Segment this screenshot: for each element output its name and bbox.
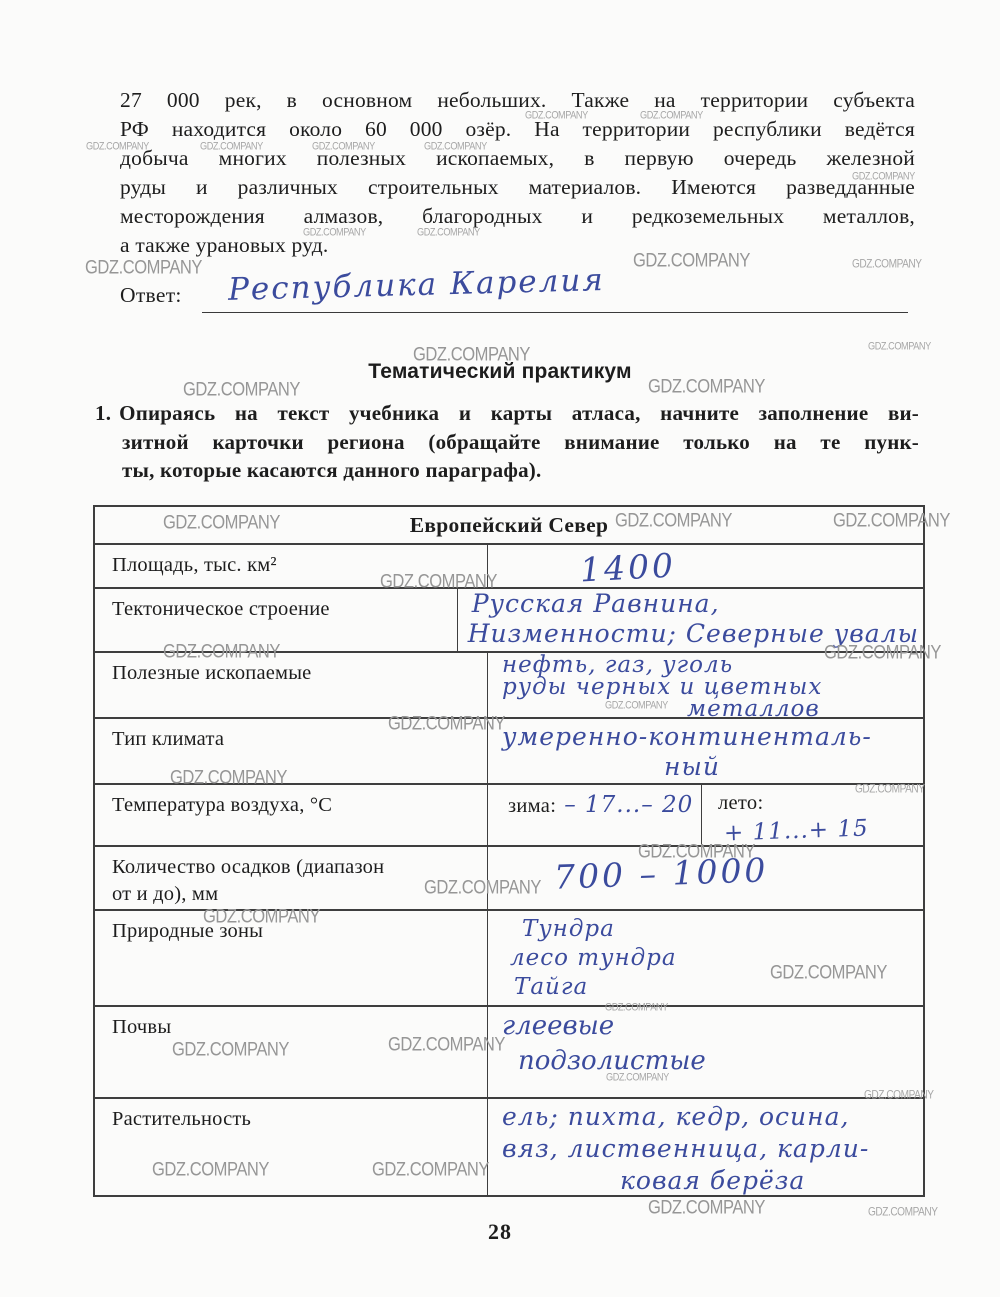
watermark: GDZ.COMPANY	[868, 1206, 938, 1219]
intro-line: 27 000 рек, в основном небольших. Также …	[120, 86, 915, 115]
watermark: GDZ.COMPANY	[648, 1196, 765, 1219]
handwritten-value: вяз, лиственница, карли-	[502, 1133, 919, 1165]
row-value-cell: Русская Равнина, Низменности; Северные у…	[458, 589, 923, 651]
table-row-soils: Почвы глеевые подзолистые	[95, 1005, 923, 1097]
handwritten-value: Тайга	[514, 973, 919, 1002]
row-value-cell: Тундра лесо тундра Тайга	[488, 911, 923, 1005]
handwritten-value: Тундра	[522, 915, 919, 944]
row-label: Полезные ископаемые	[95, 653, 488, 717]
handwritten-value: нефть, газ, уголь	[502, 654, 919, 676]
handwritten-value: глеевые	[502, 1009, 919, 1044]
summer-label: лето:	[718, 792, 763, 814]
answer-label: Ответ:	[120, 283, 182, 307]
handwritten-value: металлов	[687, 698, 919, 720]
row-label-line: от и до), мм	[112, 881, 475, 908]
table-row-temperature: Температура воздуха, °С зима:– 17...– 20…	[95, 783, 923, 845]
handwritten-value: 700 – 1000	[553, 850, 769, 896]
task-1: 1.Опираясь на текст учебника и карты атл…	[95, 399, 919, 485]
answer-handwritten-value: Республика Карелия	[228, 262, 606, 308]
winter-cell: зима:– 17...– 20	[488, 785, 702, 845]
handwritten-value: руды черных и цветных	[502, 676, 919, 698]
section-heading: Тематический практикум	[0, 360, 1000, 384]
answer-row: Ответ: Республика Карелия	[120, 283, 908, 317]
page-number: 28	[0, 1219, 1000, 1245]
intro-line: РФ находится около 60 000 озёр. На терри…	[120, 115, 915, 144]
intro-paragraph: 27 000 рек, в основном небольших. Также …	[120, 86, 915, 260]
watermark: GDZ.COMPANY	[868, 341, 931, 353]
task-line: зитной карточки региона (обращайте внима…	[122, 428, 919, 457]
row-label-line: Количество осадков (диапазон	[112, 854, 475, 881]
summer-cell: лето: + 11...+ 15	[702, 785, 923, 845]
table-row-minerals: Полезные ископаемые нефть, газ, уголь ру…	[95, 651, 923, 717]
intro-line: месторождения алмазов, благородных и ред…	[120, 202, 915, 231]
task-line: 1.Опираясь на текст учебника и карты атл…	[95, 399, 919, 428]
table-row-natural-zones: Природные зоны Тундра лесо тундра Тайга	[95, 909, 923, 1005]
row-label: Площадь, тыс. км²	[95, 545, 488, 587]
handwritten-value: ковая берёза	[620, 1165, 919, 1197]
answer-blank-line	[202, 312, 908, 313]
handwritten-value: лесо тундра	[510, 944, 919, 973]
table-row-tectonic: Тектоническое строение Русская Равнина, …	[95, 587, 923, 651]
table-row-climate: Тип климата умеренно-континенталь- ный	[95, 717, 923, 783]
row-value-cell: ель; пихта, кедр, осина, вяз, лиственниц…	[488, 1099, 923, 1195]
handwritten-value: – 17...– 20	[564, 792, 693, 818]
row-label: Природные зоны	[95, 911, 488, 1005]
handwritten-value: + 11...+ 15	[724, 814, 924, 847]
row-value-cell: умеренно-континенталь- ный	[488, 719, 923, 783]
row-value-cell: 700 – 1000	[488, 847, 923, 909]
row-label: Температура воздуха, °С	[95, 785, 488, 845]
workbook-page: GDZ.COMPANYGDZ.COMPANYGDZ.COMPANYGDZ.COM…	[0, 0, 1000, 1297]
handwritten-value: ный	[664, 752, 919, 782]
task-number: 1.	[95, 401, 111, 425]
region-card-table: Европейский Север Площадь, тыс. км² 1400…	[93, 505, 925, 1197]
handwritten-value: Русская Равнина,	[472, 589, 919, 619]
table-row-precipitation: Количество осадков (диапазон от и до), м…	[95, 845, 923, 909]
task-line: ты, которые касаются данного параграфа).	[122, 456, 919, 485]
table-row-area: Площадь, тыс. км² 1400	[95, 543, 923, 587]
row-value-cell: 1400	[488, 545, 923, 587]
row-label: Тип климата	[95, 719, 488, 783]
task-text: Опираясь на текст учебника и карты атлас…	[119, 401, 919, 425]
handwritten-value: подзолистые	[518, 1044, 919, 1079]
row-label: Тектоническое строение	[95, 589, 458, 651]
row-value-cell: нефть, газ, уголь руды черных и цветных …	[488, 653, 923, 717]
handwritten-value: ель; пихта, кедр, осина,	[502, 1101, 919, 1133]
row-label: Растительность	[95, 1099, 488, 1195]
row-value-cell: глеевые подзолистые	[488, 1007, 923, 1097]
row-label: Количество осадков (диапазон от и до), м…	[95, 847, 488, 909]
handwritten-value: 1400	[579, 546, 677, 590]
intro-line: а также урановых руд.	[120, 231, 915, 260]
handwritten-value: Низменности; Северные увалы	[468, 619, 919, 649]
handwritten-value: умеренно-континенталь-	[502, 722, 919, 752]
row-label: Почвы	[95, 1007, 488, 1097]
table-title: Европейский Север	[95, 507, 923, 543]
winter-label: зима:	[508, 795, 556, 817]
intro-line: добыча многих полезных ископаемых, в пер…	[120, 144, 915, 173]
intro-line: руды и различных строительных материалов…	[120, 173, 915, 202]
table-row-vegetation: Растительность ель; пихта, кедр, осина, …	[95, 1097, 923, 1195]
